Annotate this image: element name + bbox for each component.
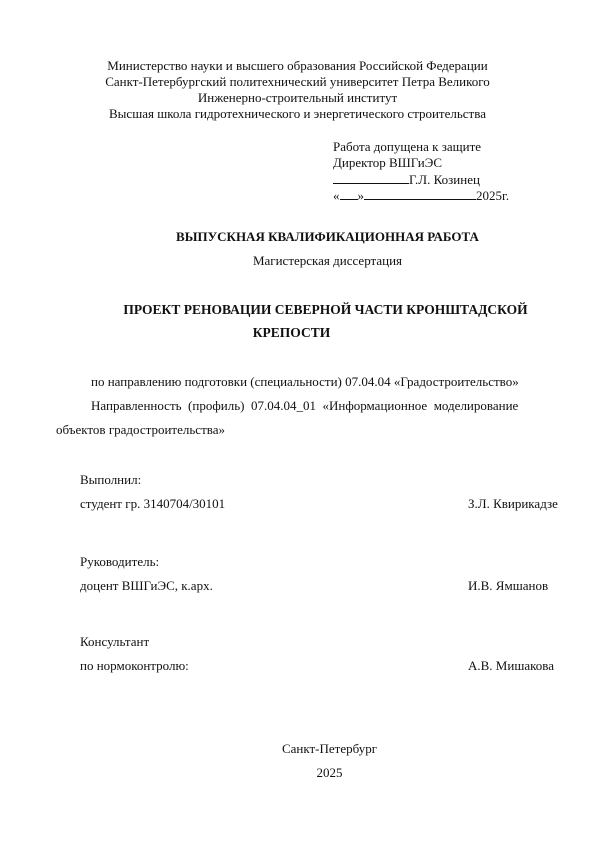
footer-city: Санкт-Петербург [32, 741, 595, 757]
work-type-subtitle: Магистерская диссертация [30, 253, 595, 269]
thesis-title-line1: ПРОЕКТ РЕНОВАЦИИ СЕВЕРНОЙ ЧАСТИ КРОНШТАД… [28, 302, 595, 318]
signature-position: студент гр. 3140704/30101 [80, 496, 225, 512]
footer-year: 2025 [32, 765, 595, 781]
signature-blank [333, 171, 409, 184]
signature-name: З.Л. Квирикадзе [468, 496, 558, 512]
approval-director: Директор ВШГиЭС [333, 155, 442, 171]
header-university: Санкт-Петербургский политехнический унив… [0, 74, 595, 90]
signature-role: Руководитель: [80, 554, 159, 570]
signature-position: по нормоконтролю: [80, 658, 189, 674]
signature-position: доцент ВШГиЭС, к.арх. [80, 578, 213, 594]
direction-line: по направлению подготовки (специальности… [91, 374, 519, 390]
approval-signature-line: Г.Л. Козинец [333, 171, 480, 188]
work-type-title: ВЫПУСКНАЯ КВАЛИФИКАЦИОННАЯ РАБОТА [30, 229, 595, 245]
day-blank [340, 187, 358, 200]
thesis-title-line2: КРЕПОСТИ [0, 325, 589, 341]
approval-year: 2025г. [476, 188, 509, 203]
month-blank [364, 187, 476, 200]
signature-role: Выполнил: [80, 472, 141, 488]
header-institute: Инженерно-строительный институт [0, 90, 595, 106]
signature-name: И.В. Ямшанов [468, 578, 548, 594]
signature-name: А.В. Мишакова [468, 658, 554, 674]
profile-line1: Направленность (профиль) 07.04.04_01 «Ин… [91, 398, 553, 414]
approval-signer: Г.Л. Козинец [409, 172, 480, 187]
header-school: Высшая школа гидротехнического и энергет… [0, 106, 595, 122]
header-ministry: Министерство науки и высшего образования… [0, 58, 595, 74]
approval-admitted: Работа допущена к защите [333, 139, 481, 155]
profile-line2: объектов градостроительства» [56, 422, 225, 438]
signature-role: Консультант [80, 634, 149, 650]
approval-date-line: «»2025г. [333, 187, 509, 204]
